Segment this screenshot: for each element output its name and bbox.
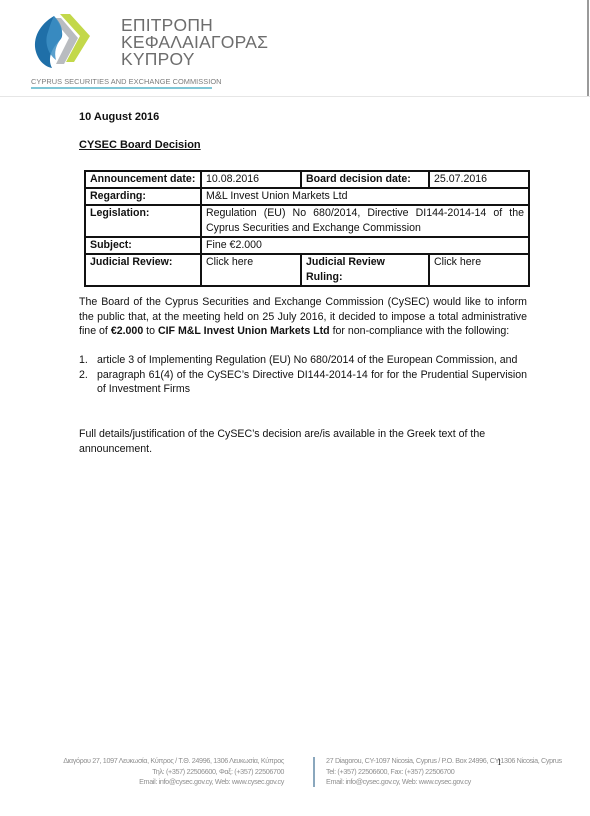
logo-underline bbox=[31, 87, 212, 89]
document-title: CYSEC Board Decision bbox=[79, 139, 201, 151]
list-item: 1. article 3 of Implementing Regulation … bbox=[79, 353, 527, 368]
paragraph-text: to bbox=[143, 325, 158, 337]
footer-greek-line: Διαγόρου 27, 1097 Λευκωσία, Κύπρος / Τ.Θ… bbox=[63, 756, 284, 767]
violations-list: 1. article 3 of Implementing Regulation … bbox=[79, 353, 527, 397]
cysec-logo: ΕΠΙΤΡΟΠΗ ΚΕΦΑΛΑΙΑΓΟΡΑΣ ΚΥΠΡΟΥ CYPRUS SEC… bbox=[28, 8, 248, 88]
paragraph-text: for non-compliance with the following: bbox=[330, 325, 510, 337]
logo-greek-line-3: ΚΥΠΡΟΥ bbox=[121, 51, 268, 68]
list-item-number: 2. bbox=[79, 368, 88, 383]
table-row: Regarding: M&L Invest Union Markets Ltd bbox=[85, 188, 529, 205]
document-date: 10 August 2016 bbox=[79, 111, 159, 123]
announcement-date-value: 10.08.2016 bbox=[201, 171, 301, 188]
judicial-review-ruling-label: Judicial Review Ruling: bbox=[301, 254, 429, 286]
cysec-logo-mark-icon bbox=[30, 10, 92, 68]
page-number: 1 bbox=[497, 757, 502, 767]
judicial-review-link[interactable]: Click here bbox=[206, 256, 253, 268]
footer-english-line: Tel: (+357) 22506600, Fax: (+357) 225067… bbox=[326, 767, 562, 778]
subject-label: Subject: bbox=[85, 237, 201, 254]
footer-greek-line: Τηλ: (+357) 22506600, Φαξ: (+357) 225067… bbox=[63, 767, 284, 778]
table-row: Announcement date: 10.08.2016 Board deci… bbox=[85, 171, 529, 188]
entity-name: CIF M&L Invest Union Markets Ltd bbox=[158, 325, 330, 337]
logo-english-name: CYPRUS SECURITIES AND EXCHANGE COMMISSIO… bbox=[31, 77, 222, 86]
page-edge-rule bbox=[587, 0, 589, 97]
footer-english-address: 27 Diagorou, CY-1097 Nicosia, Cyprus / P… bbox=[326, 756, 562, 788]
regarding-value: M&L Invest Union Markets Ltd bbox=[201, 188, 529, 205]
board-decision-date-value: 25.07.2016 bbox=[429, 171, 529, 188]
judicial-review-ruling-cell: Click here bbox=[429, 254, 529, 286]
footer-english-line: 27 Diagorou, CY-1097 Nicosia, Cyprus / P… bbox=[326, 756, 562, 767]
footer-divider bbox=[313, 757, 315, 787]
legislation-value: Regulation (EU) No 680/2014, Directive D… bbox=[201, 205, 529, 237]
judicial-review-ruling-link[interactable]: Click here bbox=[434, 256, 481, 268]
list-item-text: paragraph 61(4) of the CySEC’s Directive… bbox=[97, 369, 527, 396]
table-row: Judicial Review: Click here Judicial Rev… bbox=[85, 254, 529, 286]
legislation-label: Legislation: bbox=[85, 205, 201, 237]
footer-english-line: Email: info@cysec.gov.cy, Web: www.cysec… bbox=[326, 777, 562, 788]
table-row: Legislation: Regulation (EU) No 680/2014… bbox=[85, 205, 529, 237]
regarding-label: Regarding: bbox=[85, 188, 201, 205]
closing-paragraph: Full details/justification of the CySEC’… bbox=[79, 427, 527, 456]
table-row: Subject: Fine €2.000 bbox=[85, 237, 529, 254]
logo-greek-name: ΕΠΙΤΡΟΠΗ ΚΕΦΑΛΑΙΑΓΟΡΑΣ ΚΥΠΡΟΥ bbox=[121, 17, 268, 68]
fine-amount: €2.000 bbox=[111, 325, 143, 337]
header-divider bbox=[0, 96, 590, 97]
decision-info-table: Announcement date: 10.08.2016 Board deci… bbox=[84, 170, 530, 287]
footer-greek-address: Διαγόρου 27, 1097 Λευκωσία, Κύπρος / Τ.Θ… bbox=[63, 756, 284, 788]
list-item-number: 1. bbox=[79, 353, 88, 368]
decision-paragraph: The Board of the Cyprus Securities and E… bbox=[79, 295, 527, 339]
judicial-review-label: Judicial Review: bbox=[85, 254, 201, 286]
subject-value: Fine €2.000 bbox=[201, 237, 529, 254]
board-decision-date-label: Board decision date: bbox=[301, 171, 429, 188]
list-item-text: article 3 of Implementing Regulation (EU… bbox=[97, 354, 517, 366]
announcement-date-label: Announcement date: bbox=[85, 171, 201, 188]
judicial-review-cell: Click here bbox=[201, 254, 301, 286]
footer-greek-line: Email: info@cysec.gov.cy, Web: www.cysec… bbox=[63, 777, 284, 788]
list-item: 2. paragraph 61(4) of the CySEC’s Direct… bbox=[79, 368, 527, 397]
